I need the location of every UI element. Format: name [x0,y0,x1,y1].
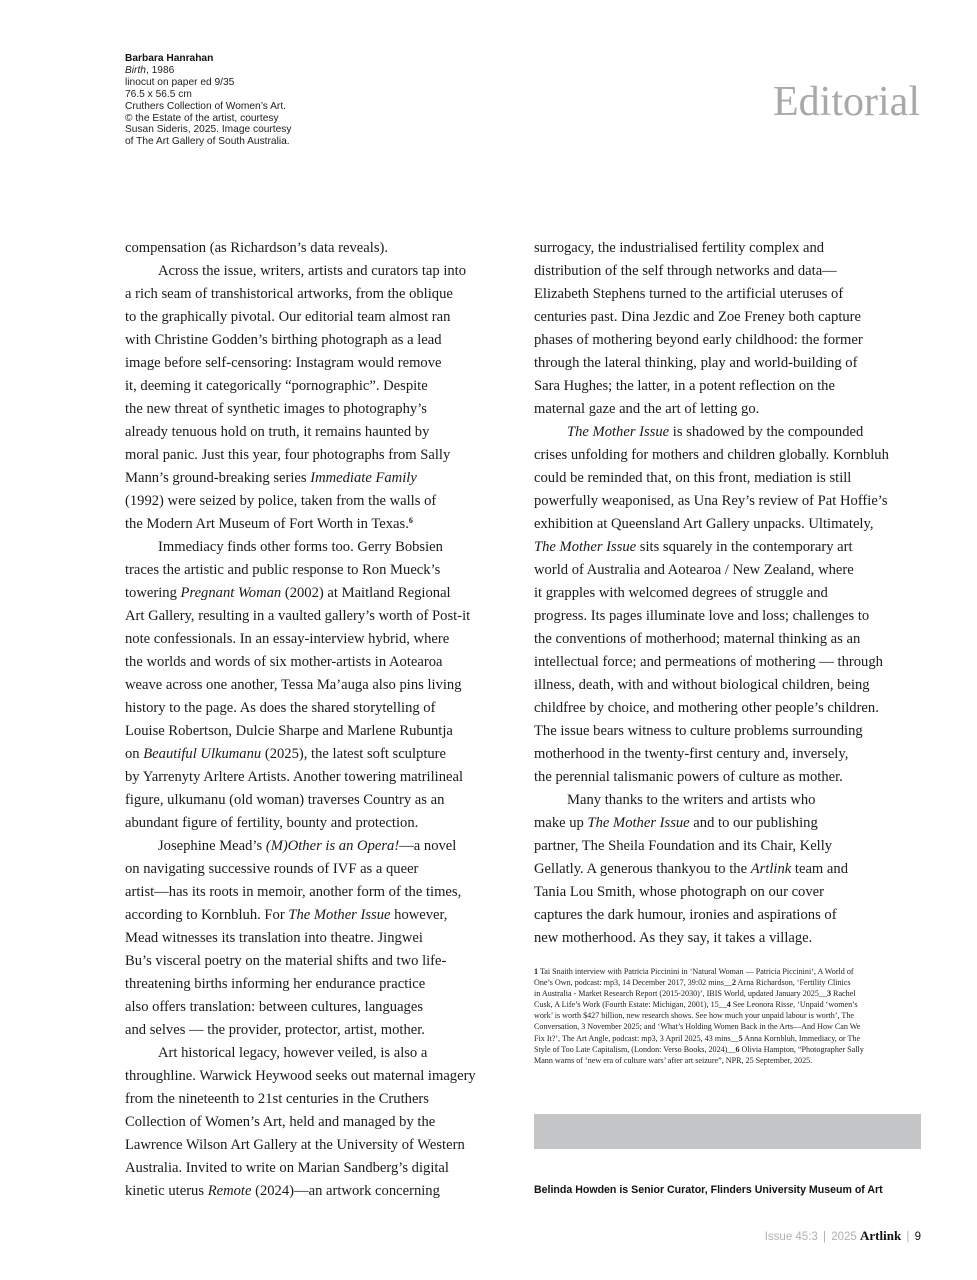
text-line: with Christine Godden’s birthing photogr… [125,329,515,352]
text-line: Art Gallery, resulting in a vaulted gall… [125,605,515,628]
text-run: towering [125,585,181,601]
footnote-line: Conversation, 3 November 2025; and ‘What… [534,1021,924,1032]
text-line: Australia. Invited to write on Marian Sa… [125,1157,515,1180]
text-line: and selves — the provider, protector, ar… [125,1019,515,1042]
text-line: the conventions of motherhood; maternal … [534,628,926,651]
footnote-text: Fix It?’, The Art Angle, podcast: mp3, 3… [534,1034,739,1043]
text-line: according to Kornbluh. For The Mother Is… [125,904,515,927]
footnote-text: See Leonora Risse, ‘Unpaid ‘women’s [731,1000,858,1009]
text-line: Mann’s ground-breaking series Immediate … [125,467,515,490]
text-line: partner, The Sheila Foundation and its C… [534,835,926,858]
caption-copyright-cont: Susan Sideris, 2025. Image courtesy [125,124,385,136]
text-line: crises unfolding for mothers and childre… [534,444,926,467]
text-line: captures the dark humour, ironies and as… [534,904,926,927]
text-line: by Yarrenyty Arltere Artists. Another to… [125,766,515,789]
text-line: traces the artistic and public response … [125,559,515,582]
text-line: Elizabeth Stephens turned to the artific… [534,283,926,306]
text-line: on navigating successive rounds of IVF a… [125,858,515,881]
text-line: the Modern Art Museum of Fort Worth in T… [125,513,515,536]
text-line: childfree by choice, and mothering other… [534,697,926,720]
text-line: powerfully weaponised, as Una Rey’s revi… [534,490,926,513]
text-line: on Beautiful Ulkumanu (2025), the latest… [125,743,515,766]
footnote-text: Style of Too Late Capitalism, (London: V… [534,1045,735,1054]
text-line: to the graphically pivotal. Our editoria… [125,306,515,329]
text-line: (1992) were seized by police, taken from… [125,490,515,513]
text-run: is shadowed by the compounded [669,424,863,440]
footnote-line: 1 Tai Snaith interview with Patricia Pic… [534,966,924,977]
folio-divider: | [904,1231,911,1243]
text-line: abundant figure of fertility, bounty and… [125,812,515,835]
artwork-title: Immediate Family [310,470,417,486]
image-caption: Barbara Hanrahan Birth, 1986 linocut on … [125,53,385,148]
footnote-line: Fix It?’, The Art Angle, podcast: mp3, 3… [534,1033,924,1044]
text-line: Sara Hughes; the latter, in a potent ref… [534,375,926,398]
caption-artwork-title: Birth [125,65,146,76]
text-line: the worlds and words of six mother-artis… [125,651,515,674]
text-line: illness, death, with and without biologi… [534,674,926,697]
text-line: the perennial talismanic powers of cultu… [534,766,926,789]
footnote-marker: 6 [409,516,413,525]
text-run: (2024)—an artwork concerning [251,1183,439,1199]
text-run: and to our publishing [690,815,818,831]
text-line: image before self-censoring: Instagram w… [125,352,515,375]
publication-title: The Mother Issue [534,539,636,555]
artwork-title: Pregnant Woman [181,585,282,601]
text-run: team and [791,861,848,877]
text-line: Josephine Mead’s (M)Other is an Opera!—a… [125,835,515,858]
body-column-left: compensation (as Richardson’s data revea… [125,237,515,1203]
text-line: it grapples with welcomed degrees of str… [534,582,926,605]
text-line: Immediacy finds other forms too. Gerry B… [125,536,515,559]
text-line: history to the page. As does the shared … [125,697,515,720]
footnote-text: Olivia Hampton, “Photographer Sally [740,1045,864,1054]
text-run: kinetic uterus [125,1183,208,1199]
text-line: already tenuous hold on truth, it remain… [125,421,515,444]
artwork-title: Beautiful Ulkumanu [143,746,261,762]
text-line: throughline. Warwick Heywood seeks out m… [125,1065,515,1088]
decorative-grey-bar [534,1114,921,1149]
issue-number: Issue 45:3 [765,1231,818,1243]
text-line: motherhood in the twenty-first century a… [534,743,926,766]
text-line: from the nineteenth to 21st centuries in… [125,1088,515,1111]
footnote-text: Tai Snaith interview with Patricia Picci… [538,967,854,976]
text-line: Art historical legacy, however veiled, i… [125,1042,515,1065]
text-line: also offers translation: between culture… [125,996,515,1019]
text-run: however, [391,907,448,923]
text-line: figure, ulkumanu (old woman) traverses C… [125,789,515,812]
page-number: 9 [915,1231,921,1243]
text-line: compensation (as Richardson’s data revea… [125,237,515,260]
footnote-text: One’s Own, podcast: mp3, 14 December 201… [534,978,732,987]
text-run: Mann’s ground-breaking series [125,470,310,486]
text-line: Many thanks to the writers and artists w… [534,789,926,812]
footnote-line: Mann warns of ‘new era of culture wars’ … [534,1055,924,1066]
text-line: towering Pregnant Woman (2002) at Maitla… [125,582,515,605]
text-line: The Mother Issue sits squarely in the co… [534,536,926,559]
magazine-brand: Artlink [860,1228,901,1243]
caption-dimensions: 76.5 x 56.5 cm [125,89,385,101]
caption-year: , 1986 [146,65,174,76]
footnotes: 1 Tai Snaith interview with Patricia Pic… [534,966,924,1066]
text-line: note confessionals. In an essay-intervie… [125,628,515,651]
text-line: a rich seam of transhistorical artworks,… [125,283,515,306]
text-line: Bu’s visceral poetry on the material shi… [125,950,515,973]
text-line: make up The Mother Issue and to our publ… [534,812,926,835]
text-run: (2025), the latest soft sculpture [261,746,446,762]
footnote-line: Style of Too Late Capitalism, (London: V… [534,1044,924,1055]
footnote-line: in Australia - Market Research Report (2… [534,988,924,999]
text-line: centuries past. Dina Jezdic and Zoe Fren… [534,306,926,329]
body-column-right: surrogacy, the industrialised fertility … [534,237,926,950]
text-line: exhibition at Queensland Art Gallery unp… [534,513,926,536]
text-line: Across the issue, writers, artists and c… [125,260,515,283]
text-line: Collection of Women’s Art, held and mana… [125,1111,515,1134]
text-line: Tania Lou Smith, whose photograph on our… [534,881,926,904]
caption-copyright: © the Estate of the artist, courtesy [125,113,385,125]
folio-divider: | [821,1231,828,1243]
text-line: it, deeming it categorically “pornograph… [125,375,515,398]
text-line: new motherhood. As they say, it takes a … [534,927,926,950]
publication-title: The Mother Issue [567,424,669,440]
footnote-text: Arna Richardson, ‘Fertility Clinics [736,978,850,987]
issue-year: 2025 [831,1231,857,1243]
text-line: The Mother Issue is shadowed by the comp… [534,421,926,444]
publication-title: Artlink [751,861,792,877]
text-run: Josephine Mead’s [158,838,266,854]
footnote-text: Rachel [831,989,856,998]
text-line: weave across one another, Tessa Ma’auga … [125,674,515,697]
footnote-line: Cusk, A Life’s Work (Fourth Estate: Mich… [534,999,924,1010]
text-line: Gellatly. A generous thankyou to the Art… [534,858,926,881]
text-line: surrogacy, the industrialised fertility … [534,237,926,260]
text-line: threatening births informing her enduran… [125,973,515,996]
text-line: distribution of the self through network… [534,260,926,283]
footnote-text: Anna Kornbluh, Immediacy, or The [743,1034,860,1043]
text-run: (2002) at Maitland Regional [281,585,450,601]
text-line: intellectual force; and permeations of m… [534,651,926,674]
text-line: Lawrence Wilson Art Gallery at the Unive… [125,1134,515,1157]
text-line: progress. Its pages illuminate love and … [534,605,926,628]
text-run: Gellatly. A generous thankyou to the [534,861,751,877]
section-title: Editorial [773,78,920,126]
footnote-text: Cusk, A Life’s Work (Fourth Estate: Mich… [534,1000,727,1009]
footnote-text: in Australia - Market Research Report (2… [534,989,827,998]
text-line: could be reminded that, on this front, m… [534,467,926,490]
author-bio: Belinda Howden is Senior Curator, Flinde… [534,1184,883,1196]
text-run: make up [534,815,588,831]
text-line: through the lateral thinking, play and w… [534,352,926,375]
text-line: maternal gaze and the art of letting go. [534,398,926,421]
text-line: Louise Robertson, Dulcie Sharpe and Marl… [125,720,515,743]
caption-image-courtesy: of The Art Gallery of South Australia. [125,136,385,148]
footnote-line: work’ is worth $427 billion, new researc… [534,1010,924,1021]
text-line: the new threat of synthetic images to ph… [125,398,515,421]
text-run: according to Kornbluh. For [125,907,288,923]
text-run: sits squarely in the contemporary art [636,539,852,555]
text-line: phases of mothering beyond early childho… [534,329,926,352]
text-line: kinetic uterus Remote (2024)—an artwork … [125,1180,515,1203]
text-run: on [125,746,143,762]
artwork-title: Remote [208,1183,252,1199]
text-line: Mead witnesses its translation into thea… [125,927,515,950]
artwork-title: (M)Other is an Opera! [266,838,399,854]
caption-title-line: Birth, 1986 [125,65,385,77]
publication-title: The Mother Issue [288,907,390,923]
text-line: The issue bears witness to culture probl… [534,720,926,743]
text-run: —a novel [399,838,456,854]
caption-artist: Barbara Hanrahan [125,53,385,65]
caption-medium: linocut on paper ed 9/35 [125,77,385,89]
page-folio: Issue 45:3 | 2025 Artlink | 9 [765,1228,921,1244]
footnote-line: One’s Own, podcast: mp3, 14 December 201… [534,977,924,988]
text-line: world of Australia and Aotearoa / New Ze… [534,559,926,582]
caption-collection: Cruthers Collection of Women’s Art. [125,101,385,113]
text-line: moral panic. Just this year, four photog… [125,444,515,467]
text-run: the Modern Art Museum of Fort Worth in T… [125,516,409,532]
text-line: artist—has its roots in memoir, another … [125,881,515,904]
publication-title: The Mother Issue [588,815,690,831]
